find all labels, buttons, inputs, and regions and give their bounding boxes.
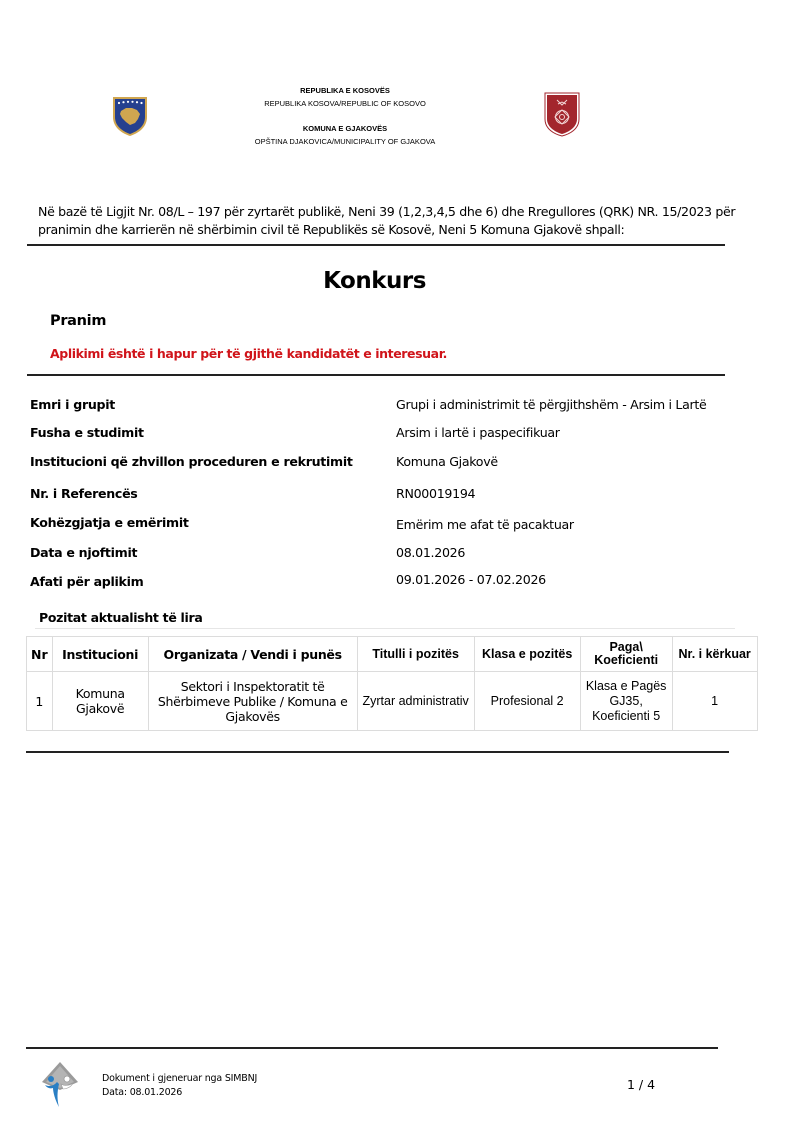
info-value: 08.01.2026 — [396, 545, 465, 560]
divider — [27, 374, 725, 376]
table-header-row: Nr Institucioni Organizata / Vendi i pun… — [27, 637, 758, 672]
info-label: Data e njoftimit — [30, 545, 137, 560]
header-country-subtitle: REPUBLIKA KOSOVA/REPUBLIC OF KOSOVO — [230, 99, 460, 108]
positions-table: Nr Institucioni Organizata / Vendi i pun… — [26, 636, 758, 731]
info-label: Kohëzgjatja e emërimit — [30, 515, 189, 530]
info-label: Nr. i Referencës — [30, 486, 138, 501]
info-value: Arsim i lartë i paspecifikuar — [396, 425, 560, 440]
divider — [27, 244, 725, 246]
footer-divider — [26, 1047, 718, 1049]
gjakova-municipality-emblem-icon — [544, 92, 580, 137]
info-label: Institucioni që zhvillon proceduren e re… — [30, 454, 353, 469]
column-header: Klasa e pozitës — [474, 637, 580, 672]
kosovo-coat-of-arms-icon — [111, 95, 149, 137]
info-value: 09.01.2026 - 07.02.2026 — [396, 572, 546, 587]
info-value: Komuna Gjakovë — [396, 454, 498, 469]
cell-position-title: Zyrtar administrativ — [357, 672, 474, 731]
column-header: Nr — [27, 637, 53, 672]
cell-institution: Komuna Gjakovë — [52, 672, 148, 731]
column-header: Titulli i pozitës — [357, 637, 474, 672]
footer-date: Data: 08.01.2026 — [102, 1087, 182, 1098]
cell-required-count: 1 — [672, 672, 757, 731]
eligibility-notice: Aplikimi është i hapur për të gjithë kan… — [50, 346, 447, 361]
footer-generated-by: Dokument i gjeneruar nga SIMBNJ — [102, 1073, 257, 1084]
section-title-open-positions: Pozitat aktualisht të lira — [39, 610, 203, 625]
legal-basis-paragraph: Në bazë të Ligjit Nr. 08/L – 197 për zyr… — [38, 203, 738, 239]
announcement-type: Pranim — [50, 313, 106, 329]
divider — [26, 751, 729, 753]
column-header: Paga\ Koeficienti — [580, 637, 672, 672]
info-label: Emri i grupit — [30, 397, 115, 412]
cell-salary-coefficient: Klasa e Pagës GJ35, Koeficienti 5 — [580, 672, 672, 731]
column-header: Institucioni — [52, 637, 148, 672]
section-divider — [35, 628, 735, 629]
header-municipality-title: KOMUNA E GJAKOVËS — [230, 124, 460, 133]
header-municipality-subtitle: OPŠTINA DJAKOVICA/MUNICIPALITY OF GJAKOV… — [230, 137, 460, 146]
info-value: Grupi i administrimit të përgjithshëm - … — [396, 397, 707, 412]
cell-position-class: Profesional 2 — [474, 672, 580, 731]
column-header: Organizata / Vendi i punës — [148, 637, 357, 672]
cell-organization: Sektori i Inspektoratit të Shërbimeve Pu… — [148, 672, 357, 731]
cell-nr: 1 — [27, 672, 53, 731]
header-country-title: REPUBLIKA E KOSOVËS — [230, 86, 460, 95]
info-label: Afati për aplikim — [30, 574, 143, 589]
info-value: RN00019194 — [396, 486, 475, 501]
page-title: Konkurs — [0, 268, 749, 294]
column-header: Nr. i kërkuar — [672, 637, 757, 672]
page-number: 1 / 4 — [627, 1077, 655, 1092]
info-value: Emërim me afat të pacaktuar — [396, 517, 574, 532]
simbnj-logo-icon — [40, 1062, 80, 1108]
table-row: 1 Komuna Gjakovë Sektori i Inspektoratit… — [27, 672, 758, 731]
info-label: Fusha e studimit — [30, 425, 144, 440]
